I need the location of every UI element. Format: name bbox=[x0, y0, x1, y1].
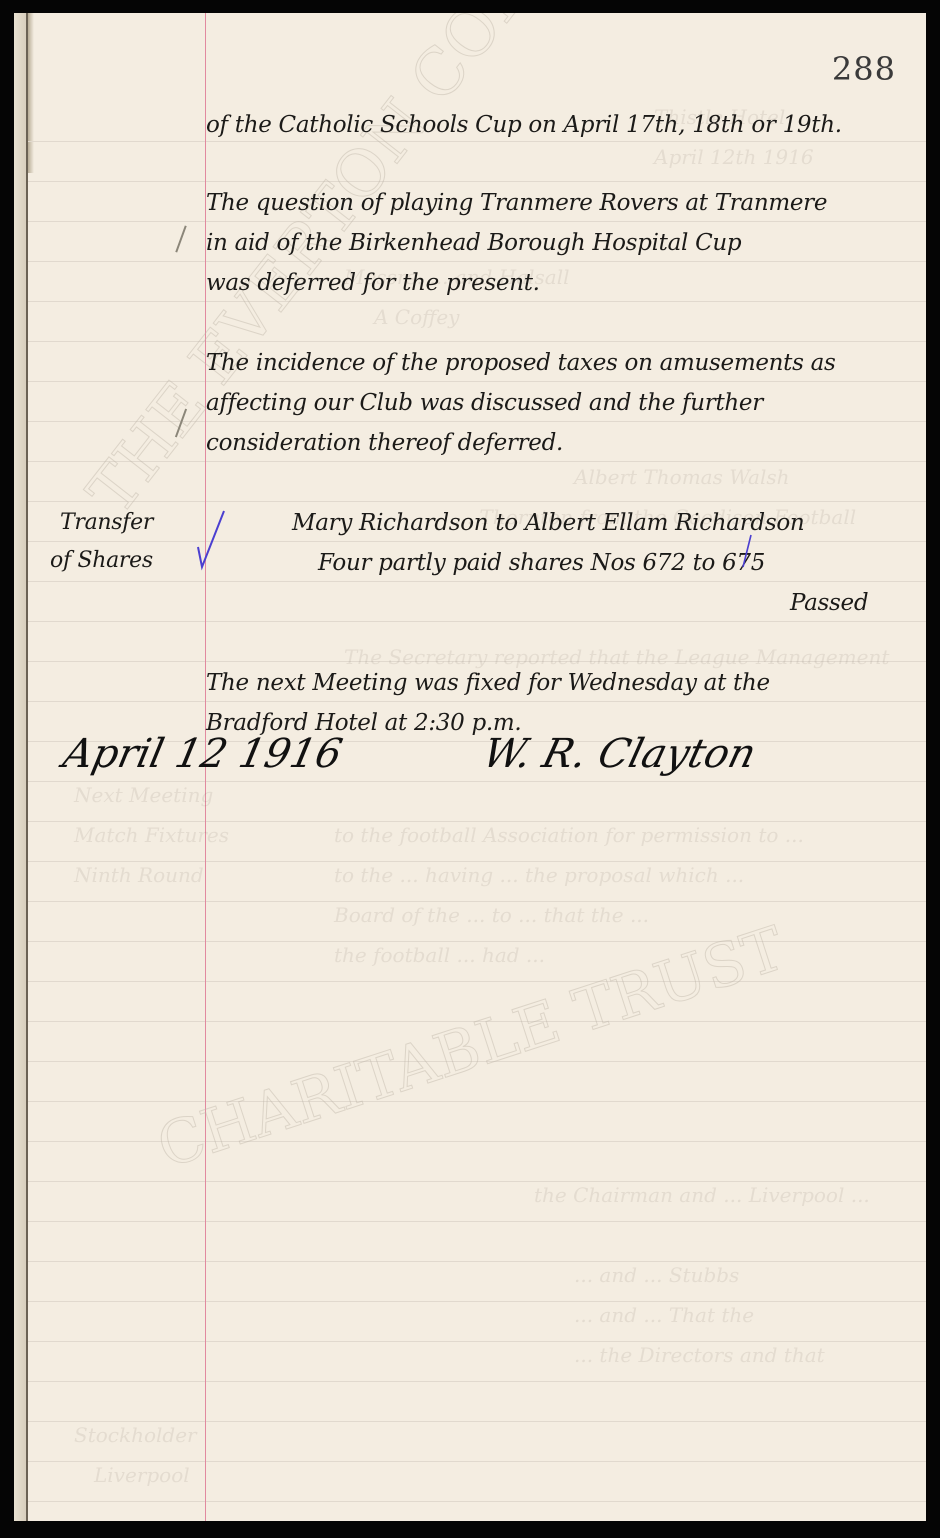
minute-line: Four partly paid shares Nos 672 to 675 bbox=[318, 550, 765, 576]
ruled-line bbox=[28, 1421, 926, 1422]
ruled-line bbox=[28, 1181, 926, 1182]
pencil-tick-icon bbox=[175, 226, 186, 253]
signoff-date: April 12 1916 bbox=[59, 731, 346, 777]
book-spine bbox=[14, 13, 28, 1521]
ruled-line bbox=[28, 621, 926, 622]
bleed-through-text: the football ... had ... bbox=[334, 943, 545, 967]
minute-line: consideration thereof deferred. bbox=[206, 430, 563, 456]
minute-line: The incidence of the proposed taxes on a… bbox=[206, 350, 836, 376]
minute-line: was deferred for the present. bbox=[206, 270, 540, 296]
ruled-line bbox=[28, 421, 926, 422]
chairman-signature: W. R. Clayton bbox=[478, 731, 760, 777]
ruled-line bbox=[28, 1021, 926, 1022]
ruled-line bbox=[28, 581, 926, 582]
ruled-line bbox=[28, 821, 926, 822]
ruled-line bbox=[28, 981, 926, 982]
ruled-line bbox=[28, 341, 926, 342]
ruled-line bbox=[28, 781, 926, 782]
minute-line: Mary Richardson to Albert Ellam Richards… bbox=[292, 510, 804, 536]
ruled-line bbox=[28, 1381, 926, 1382]
ruled-line bbox=[28, 861, 926, 862]
ruled-line bbox=[28, 181, 926, 182]
ruled-line bbox=[28, 261, 926, 262]
blue-checkmark-icon bbox=[194, 507, 230, 571]
ruled-line bbox=[28, 501, 926, 502]
ruled-line bbox=[28, 1341, 926, 1342]
ruled-line bbox=[28, 1501, 926, 1502]
bleed-through-text: Next Meeting bbox=[74, 783, 213, 807]
ruled-line bbox=[28, 1301, 926, 1302]
ruled-line bbox=[28, 1061, 926, 1062]
page-number: 288 bbox=[832, 50, 896, 88]
minute-line: in aid of the Birkenhead Borough Hospita… bbox=[206, 230, 741, 256]
ruled-line bbox=[28, 1461, 926, 1462]
ruled-line bbox=[28, 541, 926, 542]
bleed-through-text: ... and ... Stubbs bbox=[574, 1263, 739, 1287]
bleed-through-text: ... and ... That the bbox=[574, 1303, 754, 1327]
bleed-through-text: to the football Association for permissi… bbox=[334, 823, 804, 847]
resolution-status: Passed bbox=[790, 590, 868, 616]
bleed-through-text: Match Fixtures bbox=[74, 823, 229, 847]
ledger-page: Thistle Hotel April 12th 1916 Messrs. ..… bbox=[14, 13, 926, 1521]
ruled-line bbox=[28, 901, 926, 902]
ruled-line bbox=[28, 1221, 926, 1222]
ruled-line bbox=[28, 461, 926, 462]
ruled-line bbox=[28, 221, 926, 222]
ruled-line bbox=[28, 941, 926, 942]
bleed-through-text: Stockholder bbox=[74, 1423, 197, 1447]
ruled-line bbox=[28, 1101, 926, 1102]
margin-heading: of Shares bbox=[50, 548, 153, 573]
margin-heading: Transfer bbox=[60, 510, 153, 535]
ruled-line bbox=[28, 301, 926, 302]
bleed-through-text: A Coffey bbox=[374, 305, 459, 329]
bleed-through-text: April 12th 1916 bbox=[654, 145, 814, 169]
ruled-line bbox=[28, 1261, 926, 1262]
bleed-through-text: Albert Thomas Walsh bbox=[574, 465, 790, 489]
minute-line: The question of playing Tranmere Rovers … bbox=[206, 190, 827, 216]
blue-checkmark-icon bbox=[740, 533, 754, 569]
bleed-through-text: Board of the ... to ... that the ... bbox=[334, 903, 649, 927]
pencil-tick-icon bbox=[175, 409, 187, 438]
bleed-through-text: The Secretary reported that the League M… bbox=[344, 645, 889, 669]
bleed-through-text: the Chairman and ... Liverpool ... bbox=[534, 1183, 870, 1207]
minute-line: of the Catholic Schools Cup on April 17t… bbox=[206, 112, 842, 138]
bleed-through-text: ... the Directors and that bbox=[574, 1343, 825, 1367]
ruled-line bbox=[28, 701, 926, 702]
minute-line: The next Meeting was fixed for Wednesday… bbox=[206, 670, 770, 696]
bleed-through-text: to the ... having ... the proposal which… bbox=[334, 863, 744, 887]
bleed-through-text: Liverpool bbox=[94, 1463, 190, 1487]
ruled-line bbox=[28, 381, 926, 382]
spine-shadow bbox=[28, 13, 34, 173]
ruled-line bbox=[28, 141, 926, 142]
ruled-line bbox=[28, 1141, 926, 1142]
minute-line: affecting our Club was discussed and the… bbox=[206, 390, 763, 416]
bleed-through-text: Ninth Round bbox=[74, 863, 204, 887]
